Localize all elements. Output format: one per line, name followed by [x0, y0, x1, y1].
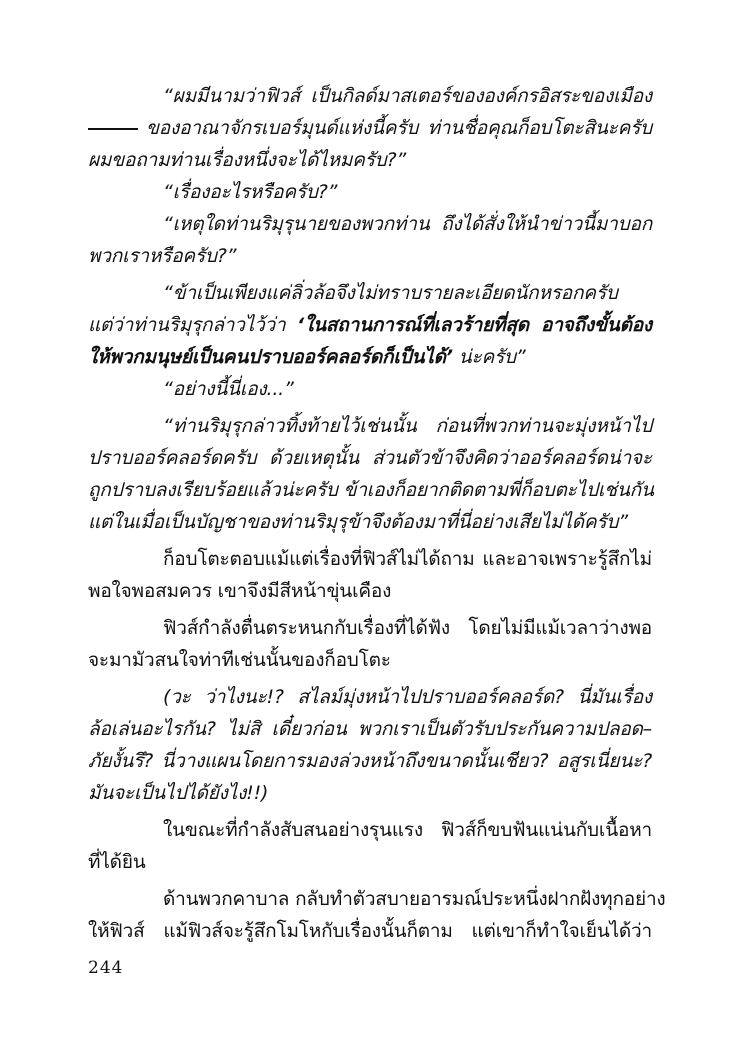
text-line: ในขณะที่กำลังสับสนอย่างรุนแรง ฟิวส์ก็ขบฟ… [163, 814, 652, 846]
text-line: มันจะเป็นไปได้ยังไง!!) [88, 777, 652, 809]
emphasis-quote: ‘ในสถานการณ์ที่เลวร้ายที่สุด อาจถึงขั้นต… [297, 314, 652, 336]
text-span: น่ะครับ” [453, 346, 526, 368]
text-line: ให้ฟิวส์ แม้ฟิวส์จะรู้สึกโมโหกับเรื่องนั… [88, 915, 652, 947]
text-line: ให้พวกมนุษย์เป็นคนปราบออร์คลอร์ดก็เป็นได… [88, 341, 652, 373]
text-line: “ท่านริมุรุกล่าวทิ้งท้ายไว้เช่นนั้น ก่อน… [163, 410, 652, 442]
emphasis-quote: ให้พวกมนุษย์เป็นคนปราบออร์คลอร์ดก็เป็นได… [88, 346, 453, 368]
text-line: พอใจพอสมควร เขาจึงมีสีหน้าขุ่นเคือง [88, 575, 652, 607]
text-line: “เรื่องอะไรหรือครับ?” [163, 176, 652, 208]
text-line: (วะ ว่าไงนะ!? สไลม์มุ่งหน้าไปปราบออร์คลอ… [163, 681, 652, 713]
text-line: แต่ในเมื่อเป็นบัญชาของท่านริมุรุข้าจึงต้… [88, 506, 652, 538]
text-line: พวกเราหรือครับ?” [88, 240, 652, 272]
text-span: ของอาณาจักรเบอร์มุนด์แห่งนี้ครับ ท่านชื่… [146, 117, 652, 139]
text-line: “ข้าเป็นเพียงแค่ลิ่วล้อจึงไม่ทราบรายละเอ… [163, 277, 652, 309]
text-line: ล้อเล่นอะไรกัน? ไม่สิ เดี๋ยวก่อน พวกเราเ… [88, 713, 652, 745]
text-span: แต่ว่าท่านริมุรุกล่าวไว้ว่า [88, 314, 297, 336]
text-line: ถูกปราบลงเรียบร้อยแล้วน่ะครับ ข้าเองก็อย… [88, 474, 652, 506]
text-line: ผมขอถามท่านเรื่องหนึ่งจะได้ไหมครับ?” [88, 144, 652, 176]
text-line: ปราบออร์คลอร์ดครับ ด้วยเหตุนั้น ส่วนตัวข… [88, 442, 652, 474]
text-line: “ผมมีนามว่าฟิวส์ เป็นกิลด์มาสเตอร์ขององค… [163, 80, 652, 112]
text-line: ก็อบโตะตอบแม้แต่เรื่องที่ฟิวส์ไม่ได้ถาม … [163, 543, 652, 575]
text-line: แต่ว่าท่านริมุรุกล่าวไว้ว่า ‘ในสถานการณ์… [88, 309, 652, 341]
text-line: จะมามัวสนใจท่าทีเช่นนั้นของก็อบโตะ [88, 644, 652, 676]
text-line: ภัยงั้นรึ? นี่วางแผนโดยการมองล่วงหน้าถึง… [88, 745, 652, 777]
text-line: “อย่างนี้นี่เอง...” [163, 373, 652, 405]
text-line: ของอาณาจักรเบอร์มุนด์แห่งนี้ครับ ท่านชื่… [88, 112, 652, 144]
text-line: “เหตุใดท่านริมุรุนายของพวกท่าน ถึงได้สั่… [163, 208, 652, 240]
em-dash-rule [88, 128, 138, 130]
book-page: “ผมมีนามว่าฟิวส์ เป็นกิลด์มาสเตอร์ขององค… [0, 0, 738, 1051]
text-line: ด้านพวกคาบาล กลับทำตัวสบายอารมณ์ประหนึ่ง… [163, 883, 652, 915]
text-line: ฟิวส์กำลังตื่นตระหนกกับเรื่องที่ได้ฟัง โ… [163, 612, 652, 644]
page-number: 244 [88, 958, 123, 978]
text-line: ที่ได้ยิน [88, 846, 652, 878]
